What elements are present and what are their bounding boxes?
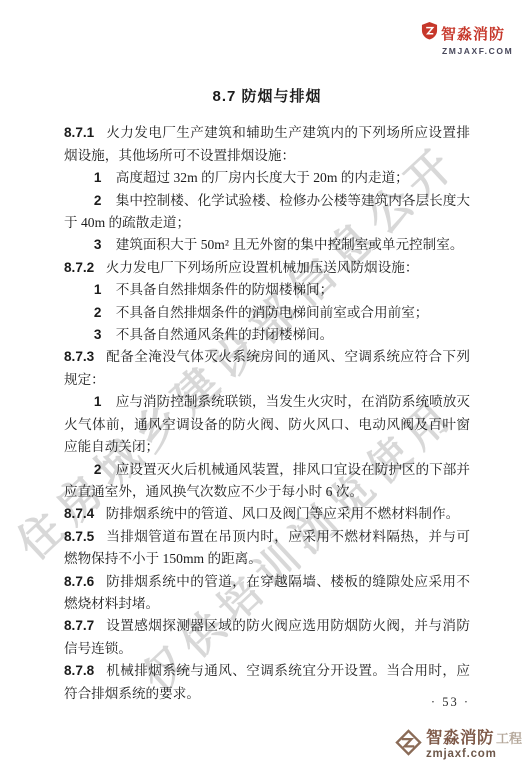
clause-number: 1 [94, 170, 102, 185]
paragraph: 8.7.7设置感烟探测器区域的防火阀应选用防烟防火阀，并与消防信号连锁。 [64, 615, 470, 660]
paragraph: 3建筑面积大于 50m² 且无外窗的集中控制室或单元控制室。 [64, 234, 470, 256]
paragraph: 1高度超过 32m 的厂房内长度大于 20m 的内走道； [64, 167, 470, 189]
clause-text: 防排烟系统中的管道、风口及阀门等应采用不燃材料制作。 [106, 506, 459, 521]
page-number: · 53 · [431, 695, 470, 710]
clause-number: 3 [94, 327, 102, 342]
clause-text: 应设置灭火后机械通风装置，排风口宜设在防护区的下部并应直通室外，通风换气次数应不… [64, 462, 470, 499]
clause-number: 8.7.3 [64, 349, 94, 364]
clause-text: 应与消防控制系统联锁，当发生火灾时，在消防系统喷放灭火气体前，通风空调设备的防火… [64, 394, 470, 454]
paragraph: 8.7.2火力发电厂下列场所应设置机械加压送风防烟设施： [64, 257, 470, 279]
paragraph: 8.7.1火力发电厂生产建筑和辅助生产建筑内的下列场所应设置排烟设施，其他场所可… [64, 122, 470, 167]
paragraph: 2不具备自然排烟条件的消防电梯间前室或合用前室； [64, 302, 470, 324]
clause-number: 8.7.6 [64, 574, 94, 589]
paragraph: 2集中控制楼、化学试验楼、检修办公楼等建筑内各层长度大于 40m 的疏散走道； [64, 190, 470, 235]
clause-number: 2 [94, 305, 102, 320]
logo-bottom-domain: zmjaxf.com [426, 748, 522, 760]
paragraph: 2应设置灭火后机械通风装置，排风口宜设在防护区的下部并应直通室外，通风换气次数应… [64, 459, 470, 504]
clause-number: 8.7.7 [64, 618, 94, 633]
clause-text: 不具备自然排烟条件的防烟楼梯间； [116, 282, 334, 297]
clause-text: 建筑面积大于 50m² 且无外窗的集中控制室或单元控制室。 [116, 237, 464, 252]
paragraph: 8.7.6防排烟系统中的管道，在穿越隔墙、楼板的缝隙处应采用不燃烧材料封堵。 [64, 571, 470, 616]
paragraph: 8.7.3配备全淹没气体灭火系统房间的通风、空调系统应符合下列规定： [64, 346, 470, 391]
clause-text: 集中控制楼、化学试验楼、检修办公楼等建筑内各层长度大于 40m 的疏散走道； [64, 193, 470, 230]
clause-text: 设置感烟探测器区域的防火阀应选用防烟防火阀，并与消防信号连锁。 [64, 618, 470, 655]
logo-bottom-brand: 智淼消防 [426, 730, 494, 747]
zmjaxf-logo-top: 智淼消防 ZMJAXF.COM [421, 21, 523, 56]
paragraph: 8.7.8机械排烟系统与通风、空调系统宜分开设置。当合用时，应符合排烟系统的要求… [64, 660, 470, 705]
clause-text: 当排烟管道布置在吊顶内时，应采用不燃材料隔热，并与可燃物保持不小于 150mm … [64, 529, 470, 566]
clause-number: 2 [94, 193, 102, 208]
clause-text: 防排烟系统中的管道，在穿越隔墙、楼板的缝隙处应采用不燃烧材料封堵。 [64, 574, 470, 611]
logo-top-domain: ZMJAXF.COM [442, 46, 523, 56]
clause-number: 1 [94, 394, 102, 409]
section-heading: 8.7 防烟与排烟 [64, 86, 470, 108]
clause-text: 高度超过 32m 的厂房内长度大于 20m 的内走道； [116, 170, 409, 185]
paragraph: 8.7.5当排烟管道布置在吊顶内时，应采用不燃材料隔热，并与可燃物保持不小于 1… [64, 526, 470, 571]
document-page: 住房城乡建设部信息公开 仅供培训浏览使用 8.7 防烟与排烟 8.7.1火力发电… [0, 0, 528, 766]
clause-number: 8.7.1 [64, 125, 94, 140]
paragraphs: 8.7.1火力发电厂生产建筑和辅助生产建筑内的下列场所应设置排烟设施，其他场所可… [64, 122, 470, 705]
clause-number: 8.7.5 [64, 529, 94, 544]
clause-text: 火力发电厂下列场所应设置机械加压送风防烟设施： [106, 260, 419, 275]
logo-bottom-suffix: 工程 [496, 732, 522, 746]
zmjaxf-logo-bottom: 智淼消防 工程 zmjaxf.com [395, 729, 522, 761]
clause-text: 机械排烟系统与通风、空调系统宜分开设置。当合用时，应符合排烟系统的要求。 [64, 663, 470, 700]
paragraph: 8.7.4防排烟系统中的管道、风口及阀门等应采用不燃材料制作。 [64, 503, 470, 525]
clause-text: 不具备自然排烟条件的消防电梯间前室或合用前室； [116, 305, 429, 320]
clause-text: 不具备自然通风条件的封闭楼梯间。 [116, 327, 334, 342]
paragraph: 1不具备自然排烟条件的防烟楼梯间； [64, 279, 470, 301]
diamond-z-icon [395, 729, 422, 761]
clause-text: 火力发电厂生产建筑和辅助生产建筑内的下列场所应设置排烟设施，其他场所可不设置排烟… [64, 125, 470, 162]
shield-icon [421, 21, 438, 45]
clause-text: 配备全淹没气体灭火系统房间的通风、空调系统应符合下列规定： [64, 349, 470, 386]
paragraph: 3不具备自然通风条件的封闭楼梯间。 [64, 324, 470, 346]
clause-number: 2 [94, 462, 102, 477]
clause-number: 8.7.4 [64, 506, 94, 521]
paragraph: 1应与消防控制系统联锁，当发生火灾时，在消防系统喷放灭火气体前，通风空调设备的防… [64, 391, 470, 458]
clause-number: 8.7.8 [64, 663, 94, 678]
clause-number: 3 [94, 237, 102, 252]
document-content: 8.7 防烟与排烟 8.7.1火力发电厂生产建筑和辅助生产建筑内的下列场所应设置… [64, 86, 470, 705]
logo-top-brand: 智淼消防 [441, 23, 505, 44]
clause-number: 8.7.2 [64, 260, 94, 275]
clause-number: 1 [94, 282, 102, 297]
